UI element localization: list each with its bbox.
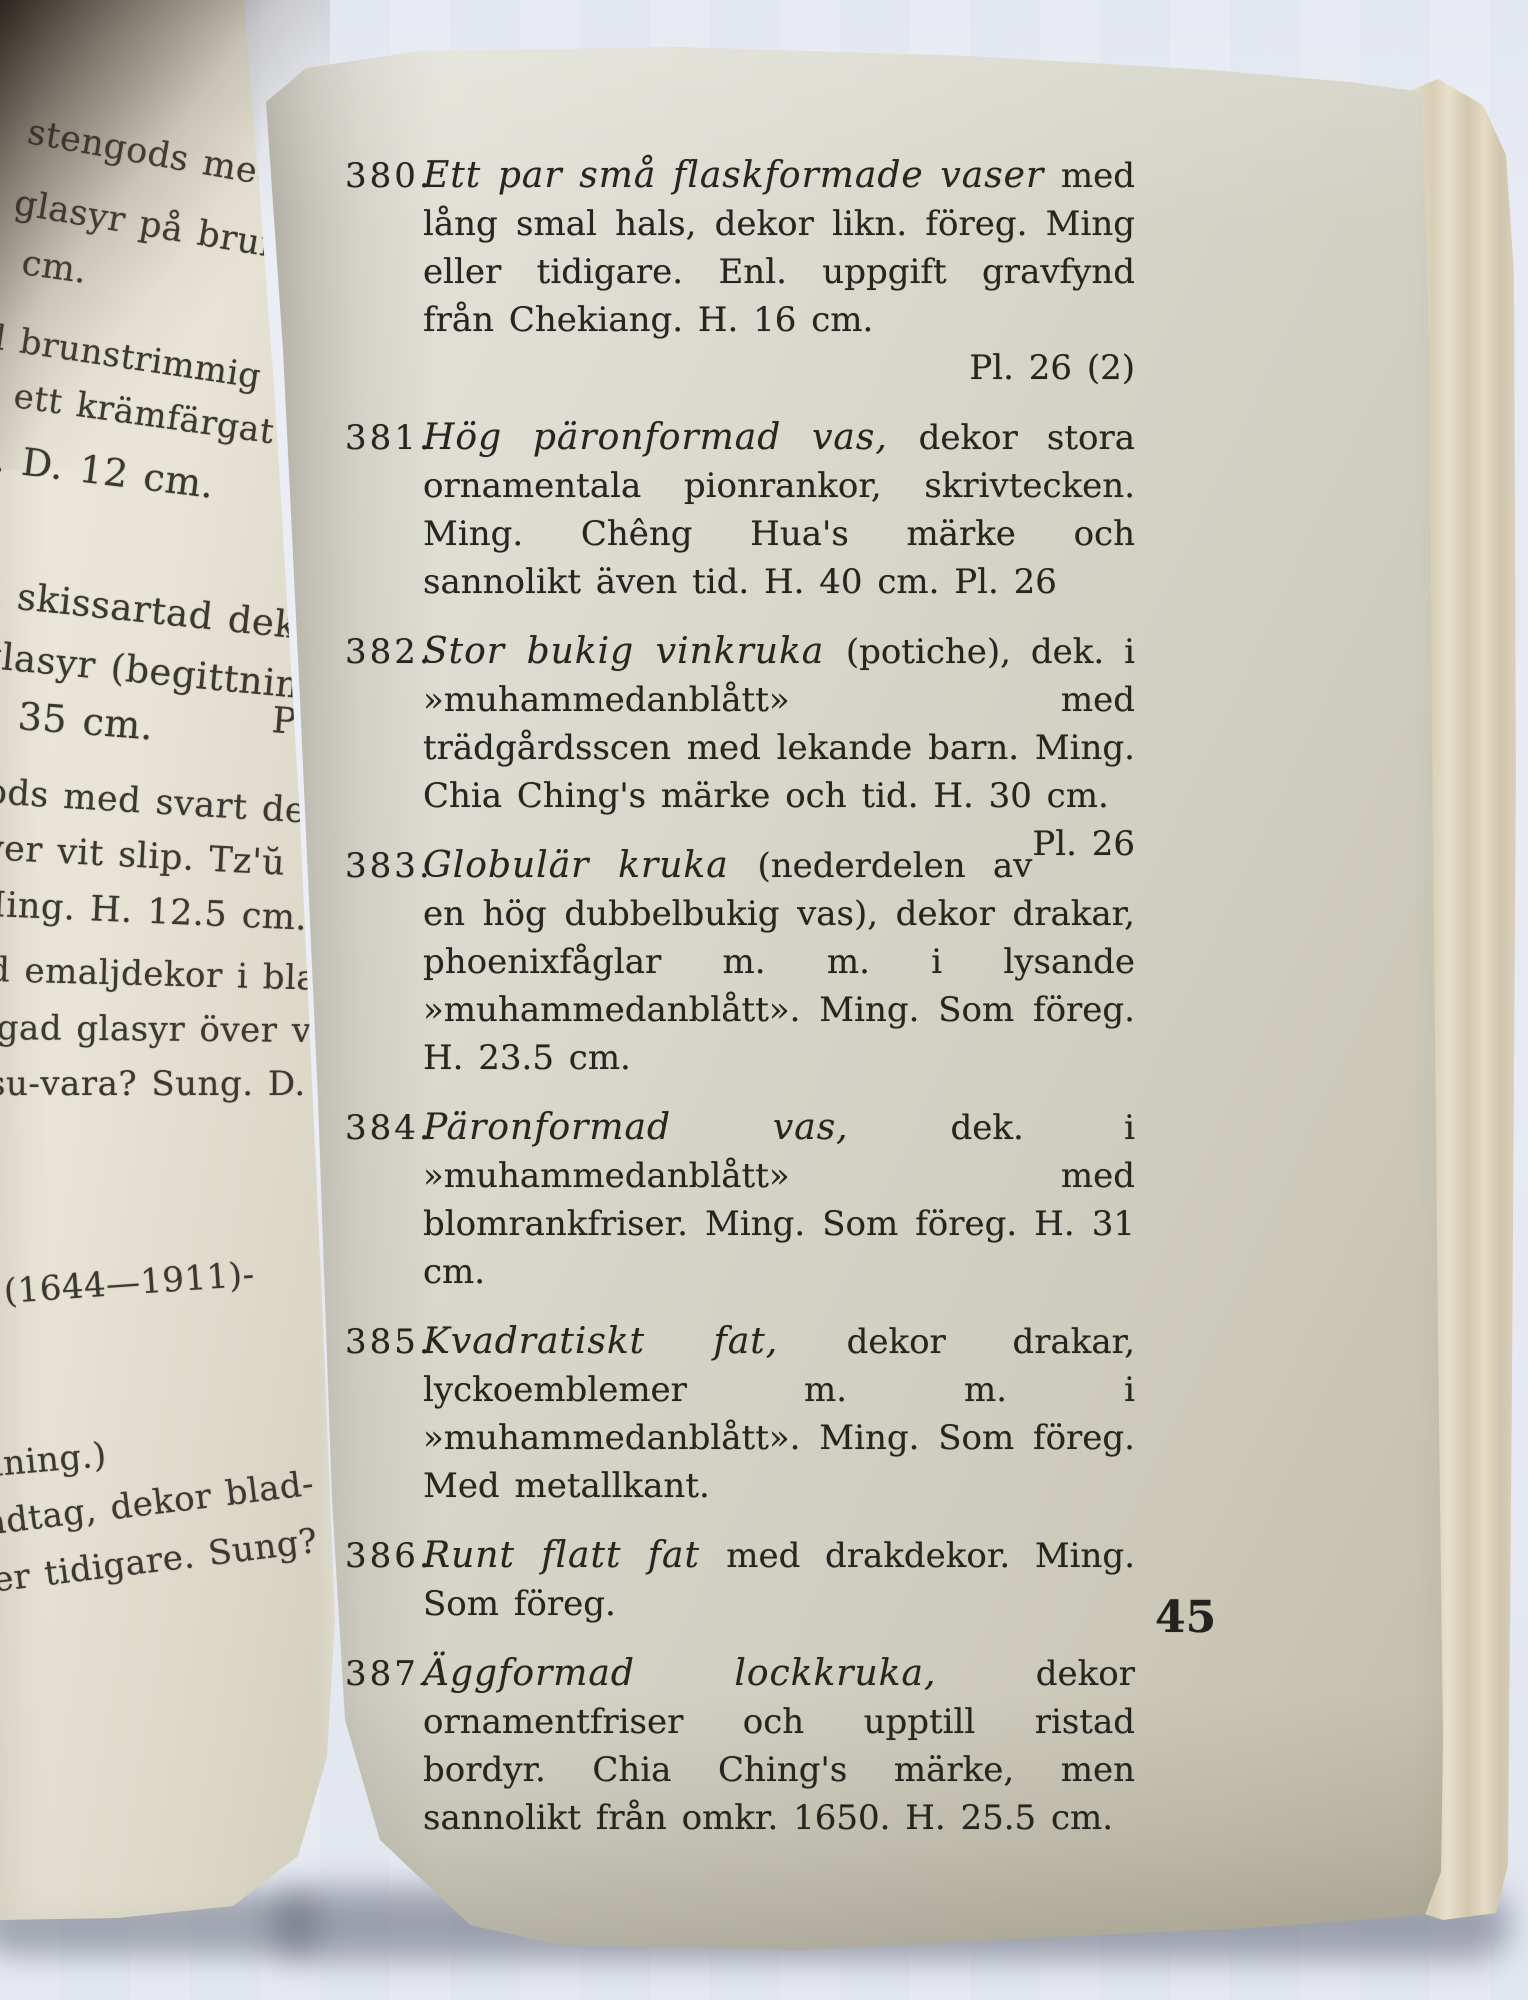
left-page-fragment: . D. 12 cm. — [0, 436, 217, 507]
entry-lead: Kvadratiskt fat, — [423, 1321, 847, 1362]
entry-lead: Päronformad vas, — [423, 1107, 951, 1148]
catalog-entry: 383.Globulär kruka (nederdelen av en hög… — [423, 842, 1135, 1082]
left-page-fragment: Ming. H. 12.5 cm. — [0, 884, 308, 939]
catalog-entry: 384.Päronformad vas, dek. i »muhammedanb… — [423, 1104, 1135, 1296]
left-page-fragment: su-vara? Sung. D. — [0, 1064, 306, 1104]
right-page: 380.Ett par små flaskformade vaser med l… — [250, 40, 1500, 1960]
catalog-entries: 380.Ett par små flaskformade vaser med l… — [345, 152, 1135, 1864]
entry-number: 383. — [345, 842, 423, 890]
entry-lead: Runt flatt fat — [423, 1535, 726, 1576]
entry-lead: Hög päronformad vas, — [423, 417, 919, 458]
catalog-entry: 382.Stor bukig vinkruka (potiche), dek. … — [423, 628, 1135, 820]
entry-lead: Globulär kruka — [423, 845, 757, 886]
entry-number: 385. — [345, 1318, 423, 1366]
plate-reference: Pl. 26 (2) — [423, 344, 1135, 392]
entry-number: 386. — [345, 1532, 423, 1580]
entry-number: 384. — [345, 1104, 423, 1152]
entry-lead: Ett par små flaskformade vaser — [423, 155, 1061, 196]
entry-number: 382. — [345, 628, 423, 676]
left-page-fragment: d emaljdekor i blad- — [0, 950, 352, 1000]
catalog-entry: 386.Runt flatt fat med drakdekor. Ming. … — [423, 1532, 1135, 1628]
catalog-entry: 387.Äggformad lockkruka, dekor ornamentf… — [423, 1650, 1135, 1842]
book-photo: stengods med matt- t glasyr på brun slip… — [0, 0, 1528, 2000]
plate-reference: Pl. 26 — [1032, 820, 1135, 868]
catalog-entry: 380.Ett par små flaskformade vaser med l… — [423, 152, 1135, 392]
entry-number: 381. — [345, 414, 423, 462]
left-page-fragment: cm. — [19, 243, 89, 292]
left-page-fragment: 35 cm. — [16, 694, 155, 749]
catalog-entry: 381.Hög päronformad vas, dekor stora orn… — [423, 414, 1135, 606]
left-page-fragment: lning.) — [0, 1435, 108, 1485]
left-page-fragment: (1644—1911)- — [3, 1255, 256, 1312]
entry-lead: Stor bukig vinkruka — [423, 631, 846, 672]
entry-number: 387. — [345, 1650, 423, 1698]
page-number: 45 — [1155, 1592, 1216, 1643]
left-page-fragment: rgad glasyr över vit — [0, 1008, 337, 1051]
entry-lead: Äggformad lockkruka, — [423, 1653, 1036, 1694]
left-page-fragment: ver vit slip. Tz'ŭ — [0, 828, 286, 884]
entry-number: 380. — [345, 152, 423, 200]
catalog-entry: 385.Kvadratiskt fat, dekor drakar, lycko… — [423, 1318, 1135, 1510]
